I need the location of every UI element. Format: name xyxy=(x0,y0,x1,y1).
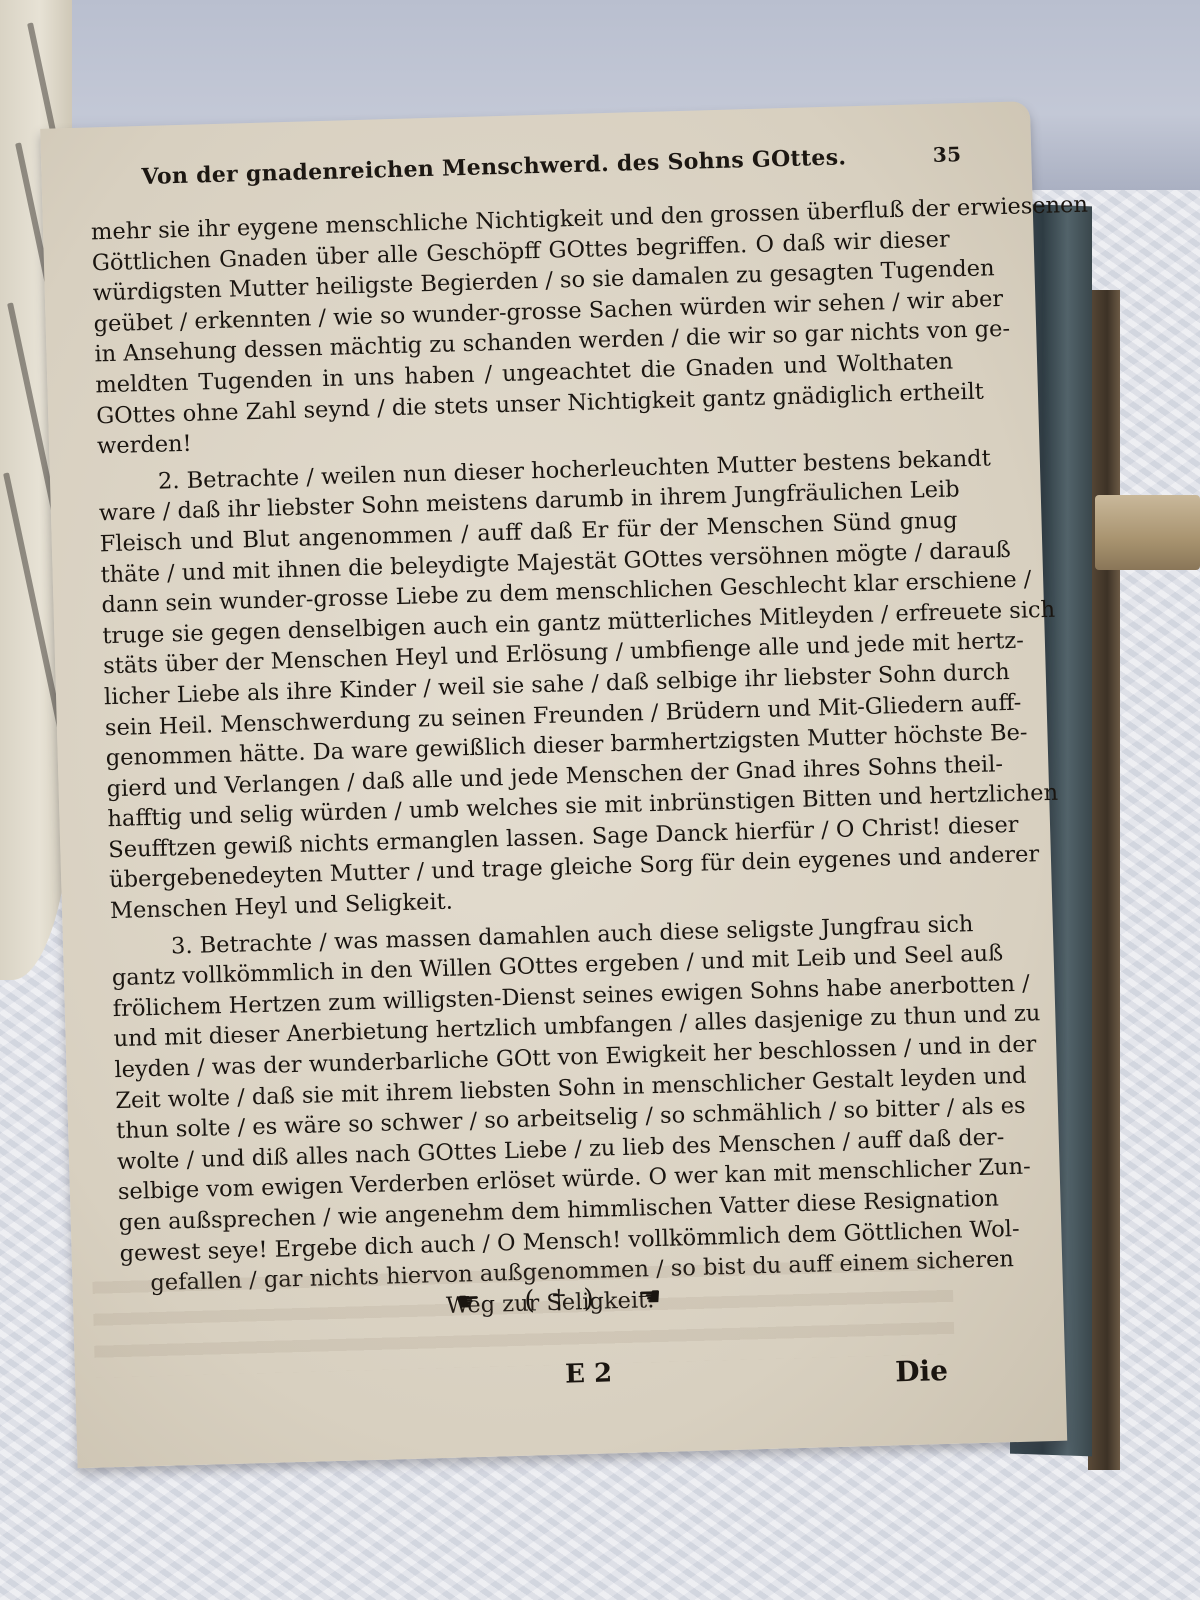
paragraph-2: 2. Betrachte / weilen nun dieser hocherl… xyxy=(98,444,968,927)
cross-ornament: (†) xyxy=(524,1283,612,1315)
running-head-title: Von der gnadenreichen Menschwerd. des So… xyxy=(141,144,846,190)
pointing-hand-left-icon: ☚ xyxy=(638,1281,680,1312)
page-number: 35 xyxy=(932,142,961,167)
pointing-hand-right-icon: ☛ xyxy=(456,1286,498,1317)
catchword: Die xyxy=(895,1354,949,1388)
body-text: mehr sie ihr eygene menschliche Nichtigk… xyxy=(91,193,980,1330)
paragraph-1: mehr sie ihr eygene menschliche Nichtigk… xyxy=(91,193,955,462)
book-clasp xyxy=(1095,495,1200,570)
book-cover-edge xyxy=(1088,290,1120,1470)
running-head: Von der gnadenreichen Menschwerd. des So… xyxy=(141,141,961,190)
book-page: Von der gnadenreichen Menschwerd. des So… xyxy=(40,101,1067,1468)
signature-mark: E 2 xyxy=(565,1358,613,1389)
